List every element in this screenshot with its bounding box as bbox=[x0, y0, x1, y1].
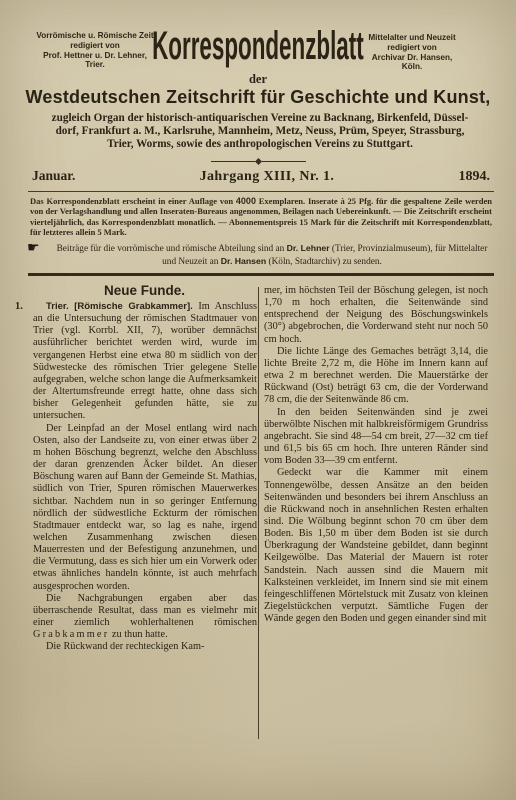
journal-title: Westdeutschen Zeitschrift für Geschichte… bbox=[0, 87, 516, 108]
article-paragraph: Der Leinpfad an der Mosel entlang wird n… bbox=[33, 423, 257, 593]
editor-names: Archivar Dr. Hansen, bbox=[336, 53, 488, 63]
article-paragraph: mer, im höchsten Teil der Böschung geleg… bbox=[264, 285, 488, 346]
issue-month: Januar. bbox=[32, 168, 75, 184]
masthead-der: der bbox=[0, 72, 516, 87]
subtitle-line: dorf, Frankfurt a. M., Karlsruhe, Mannhe… bbox=[28, 125, 492, 138]
topic-lead: [Römische Grabkammer]. bbox=[74, 301, 193, 312]
print-run-number: 4000 bbox=[236, 196, 256, 206]
article-paragraph: In den beiden Seitenwänden sind je zwei … bbox=[264, 407, 488, 468]
article-paragraph: Die Nachgrabungen ergaben aber das überr… bbox=[33, 593, 257, 642]
scanned-journal-page: Vorrömische u. Römische Zeit redigiert v… bbox=[0, 0, 516, 800]
horizontal-rule bbox=[28, 191, 494, 192]
editor-redigiert-label: redigiert von bbox=[336, 43, 488, 53]
article-margin-number: 1. bbox=[15, 301, 23, 312]
emphasized-word: Grabkammer bbox=[33, 629, 109, 640]
left-column: Trier. [Römische Grabkammer]. Im Anschlu… bbox=[33, 301, 257, 654]
editor-section-label: Mittelalter und Neuzeit bbox=[336, 33, 488, 43]
issue-year: 1894. bbox=[459, 169, 491, 185]
place-lead: Trier. bbox=[46, 301, 69, 312]
masthead-title-text: Korrespondenzblatt bbox=[152, 26, 364, 66]
section-heading: Neue Funde. bbox=[32, 283, 257, 298]
right-editor-block: Mittelalter und Neuzeit redigiert von Ar… bbox=[336, 33, 488, 72]
article-paragraph: Trier. [Römische Grabkammer]. Im Anschlu… bbox=[33, 301, 257, 423]
right-column: mer, im höchsten Teil der Böschung geleg… bbox=[264, 285, 488, 625]
divider-ornament-icon bbox=[0, 159, 516, 164]
subtitle-line: Trier, Worms, sowie des anthropologische… bbox=[28, 138, 492, 151]
editor-city: Köln. bbox=[336, 62, 488, 72]
journal-subtitle: zugleich Organ der historisch-antiquaris… bbox=[28, 112, 492, 151]
article-paragraph: Die Rückwand der rechteckigen Kam- bbox=[33, 641, 257, 653]
imprint-paragraph: Das Korrespondenzblatt erscheint in eine… bbox=[30, 196, 492, 238]
editor-name-hansen: Dr. Hansen bbox=[221, 256, 266, 266]
heavy-rule bbox=[28, 273, 494, 276]
issue-volume: Jahrgang XIII, Nr. 1. bbox=[200, 169, 335, 185]
issue-line: Januar. Jahrgang XIII, Nr. 1. 1894. bbox=[32, 168, 490, 185]
pointing-hand-icon: ☛ bbox=[27, 242, 40, 256]
editor-name-lehner: Dr. Lehner bbox=[287, 243, 330, 253]
article-paragraph: Die lichte Länge des Gemaches beträgt 3,… bbox=[264, 346, 488, 407]
article-paragraph: Gedeckt war die Kammer mit einem Tonneng… bbox=[264, 467, 488, 625]
subtitle-line: zugleich Organ der historisch-antiquaris… bbox=[28, 112, 492, 125]
submission-notice: Beiträge für die vorrömische und römisch… bbox=[56, 243, 488, 268]
column-divider-rule bbox=[258, 287, 259, 739]
